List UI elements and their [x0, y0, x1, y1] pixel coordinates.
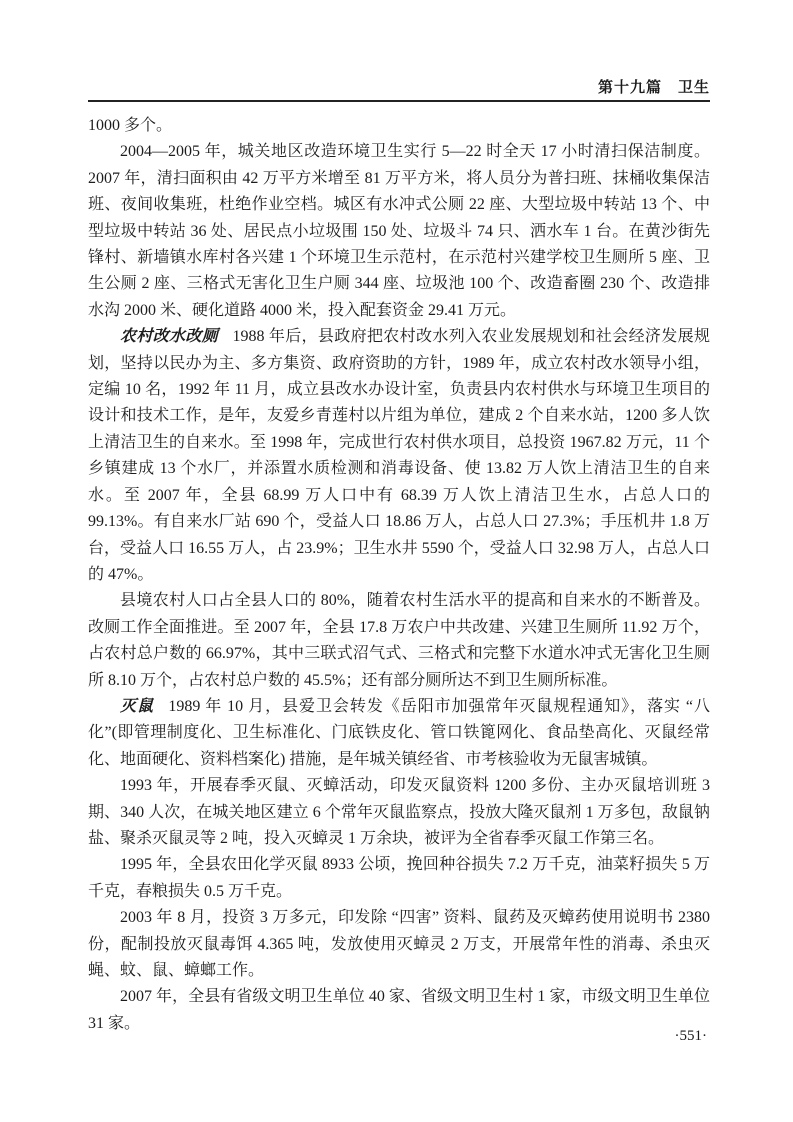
- paragraph-lead-heading: 农村改水改厕: [120, 328, 233, 345]
- paragraph-text: 1989 年 10 月，县爱卫会转发《岳阳市加强常年灭鼠规程通知》，落实 “八化…: [88, 698, 710, 768]
- paragraph: 1995 年，全县农田化学灭鼠 8933 公顷，挽回种谷损失 7.2 万千克，油…: [88, 852, 710, 905]
- paragraph-text: 2007 年，全县有省级文明卫生单位 40 家、省级文明卫生村 1 家，市级文明…: [88, 988, 710, 1031]
- paragraph-text: 1000 多个。: [88, 117, 172, 134]
- paragraph-text: 1988 年后，县政府把农村改水列入农业发展规划和社会经济发展规划，坚持以民办为…: [88, 328, 710, 583]
- chapter-title: 第十九篇 卫生: [598, 80, 710, 96]
- page-body: 1000 多个。 2004—2005 年，城关地区改造环境卫生实行 5—22 时…: [88, 113, 710, 1037]
- paragraph: 2003 年 8 月，投资 3 万多元，印发除 “四害” 资料、鼠药及灭蟑药使用…: [88, 905, 710, 984]
- paragraph: 1993 年，开展春季灭鼠、灭蟑活动，印发灭鼠资料 1200 多份、主办灭鼠培训…: [88, 773, 710, 852]
- page-footer: ·551·: [88, 1028, 707, 1045]
- page-number: ·551·: [675, 1028, 708, 1044]
- paragraph-text: 1993 年，开展春季灭鼠、灭蟑活动，印发灭鼠资料 1200 多份、主办灭鼠培训…: [88, 777, 710, 847]
- paragraph: 1000 多个。: [88, 113, 710, 139]
- paragraph-text: 2004—2005 年，城关地区改造环境卫生实行 5—22 时全天 17 小时清…: [88, 143, 710, 318]
- paragraph-text: 1995 年，全县农田化学灭鼠 8933 公顷，挽回种谷损失 7.2 万千克，油…: [88, 856, 710, 899]
- paragraph-lead-heading: 灭鼠: [120, 698, 168, 715]
- paragraph-text: 2003 年 8 月，投资 3 万多元，印发除 “四害” 资料、鼠药及灭蟑药使用…: [88, 909, 710, 979]
- document-page: 第十九篇 卫生 1000 多个。 2004—2005 年，城关地区改造环境卫生实…: [0, 0, 793, 1122]
- paragraph: 2004—2005 年，城关地区改造环境卫生实行 5—22 时全天 17 小时清…: [88, 139, 710, 324]
- paragraph: 灭鼠1989 年 10 月，县爱卫会转发《岳阳市加强常年灭鼠规程通知》，落实 “…: [88, 694, 710, 773]
- paragraph: 县境农村人口占全县人口的 80%，随着农村生活水平的提高和自来水的不断普及。改厕…: [88, 588, 710, 694]
- page-header: 第十九篇 卫生: [88, 76, 710, 97]
- header-rule: [88, 100, 710, 102]
- paragraph-text: 县境农村人口占全县人口的 80%，随着农村生活水平的提高和自来水的不断普及。改厕…: [88, 592, 710, 688]
- paragraph: 农村改水改厕1988 年后，县政府把农村改水列入农业发展规划和社会经济发展规划，…: [88, 324, 710, 588]
